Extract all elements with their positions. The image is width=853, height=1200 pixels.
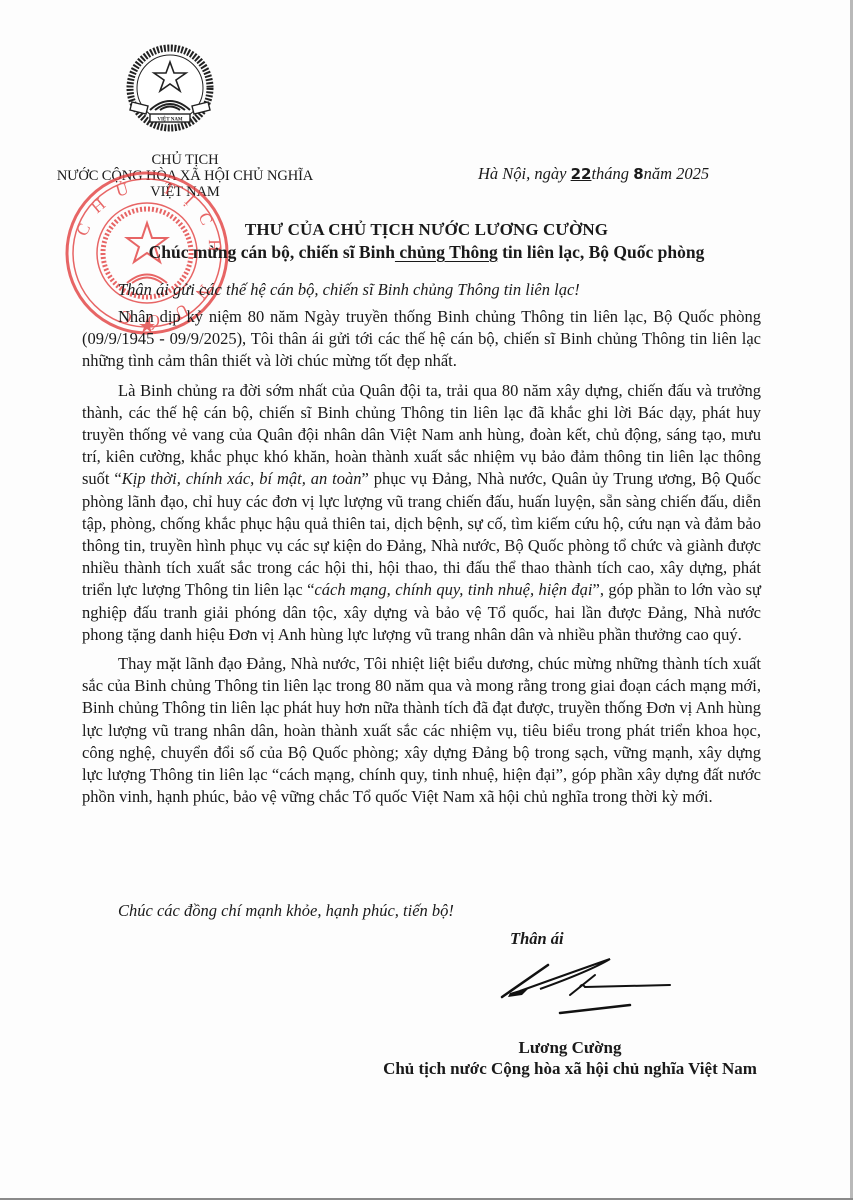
signer-name: Lương Cường bbox=[340, 1038, 800, 1058]
signer-title: Chủ tịch nước Cộng hòa xã hội chủ nghĩa … bbox=[340, 1059, 800, 1079]
letter-body: Nhân dịp kỷ niệm 80 năm Ngày truyền thốn… bbox=[82, 306, 761, 815]
paragraph-1: Nhân dịp kỷ niệm 80 năm Ngày truyền thốn… bbox=[82, 306, 761, 373]
paragraph-3: Thay mặt lãnh đạo Đảng, Nhà nước, Tôi nh… bbox=[82, 653, 761, 808]
letter-page: VIỆT NAM CHỦ TỊCH NƯỚC CỘNG HÒA XÃ HỘI C… bbox=[0, 0, 853, 1200]
handwritten-signature-icon bbox=[500, 955, 690, 1030]
date-line: Hà Nội, ngày 22tháng 8năm 2025 bbox=[478, 164, 709, 184]
valediction: Thân ái bbox=[510, 929, 564, 949]
closing-wish: Chúc các đồng chí mạnh khỏe, hạnh phúc, … bbox=[118, 901, 454, 921]
letter-title: THƯ CỦA CHỦ TỊCH NƯỚC LƯƠNG CƯỜNG bbox=[0, 220, 853, 240]
handwritten-month: 8 bbox=[633, 165, 643, 183]
svg-text:VIỆT NAM: VIỆT NAM bbox=[157, 117, 183, 123]
paragraph-2: Là Binh chủng ra đời sớm nhất của Quân đ… bbox=[82, 380, 761, 646]
greeting: Thân ái gửi các thế hệ cán bộ, chiến sĩ … bbox=[118, 280, 580, 300]
issuer-line-1: CHỦ TỊCH bbox=[30, 152, 340, 168]
handwritten-day: 22 bbox=[571, 165, 592, 183]
letter-subtitle: Chúc mừng cán bộ, chiến sĩ Binh chủng Th… bbox=[0, 242, 853, 263]
national-emblem-icon: VIỆT NAM bbox=[120, 40, 220, 140]
